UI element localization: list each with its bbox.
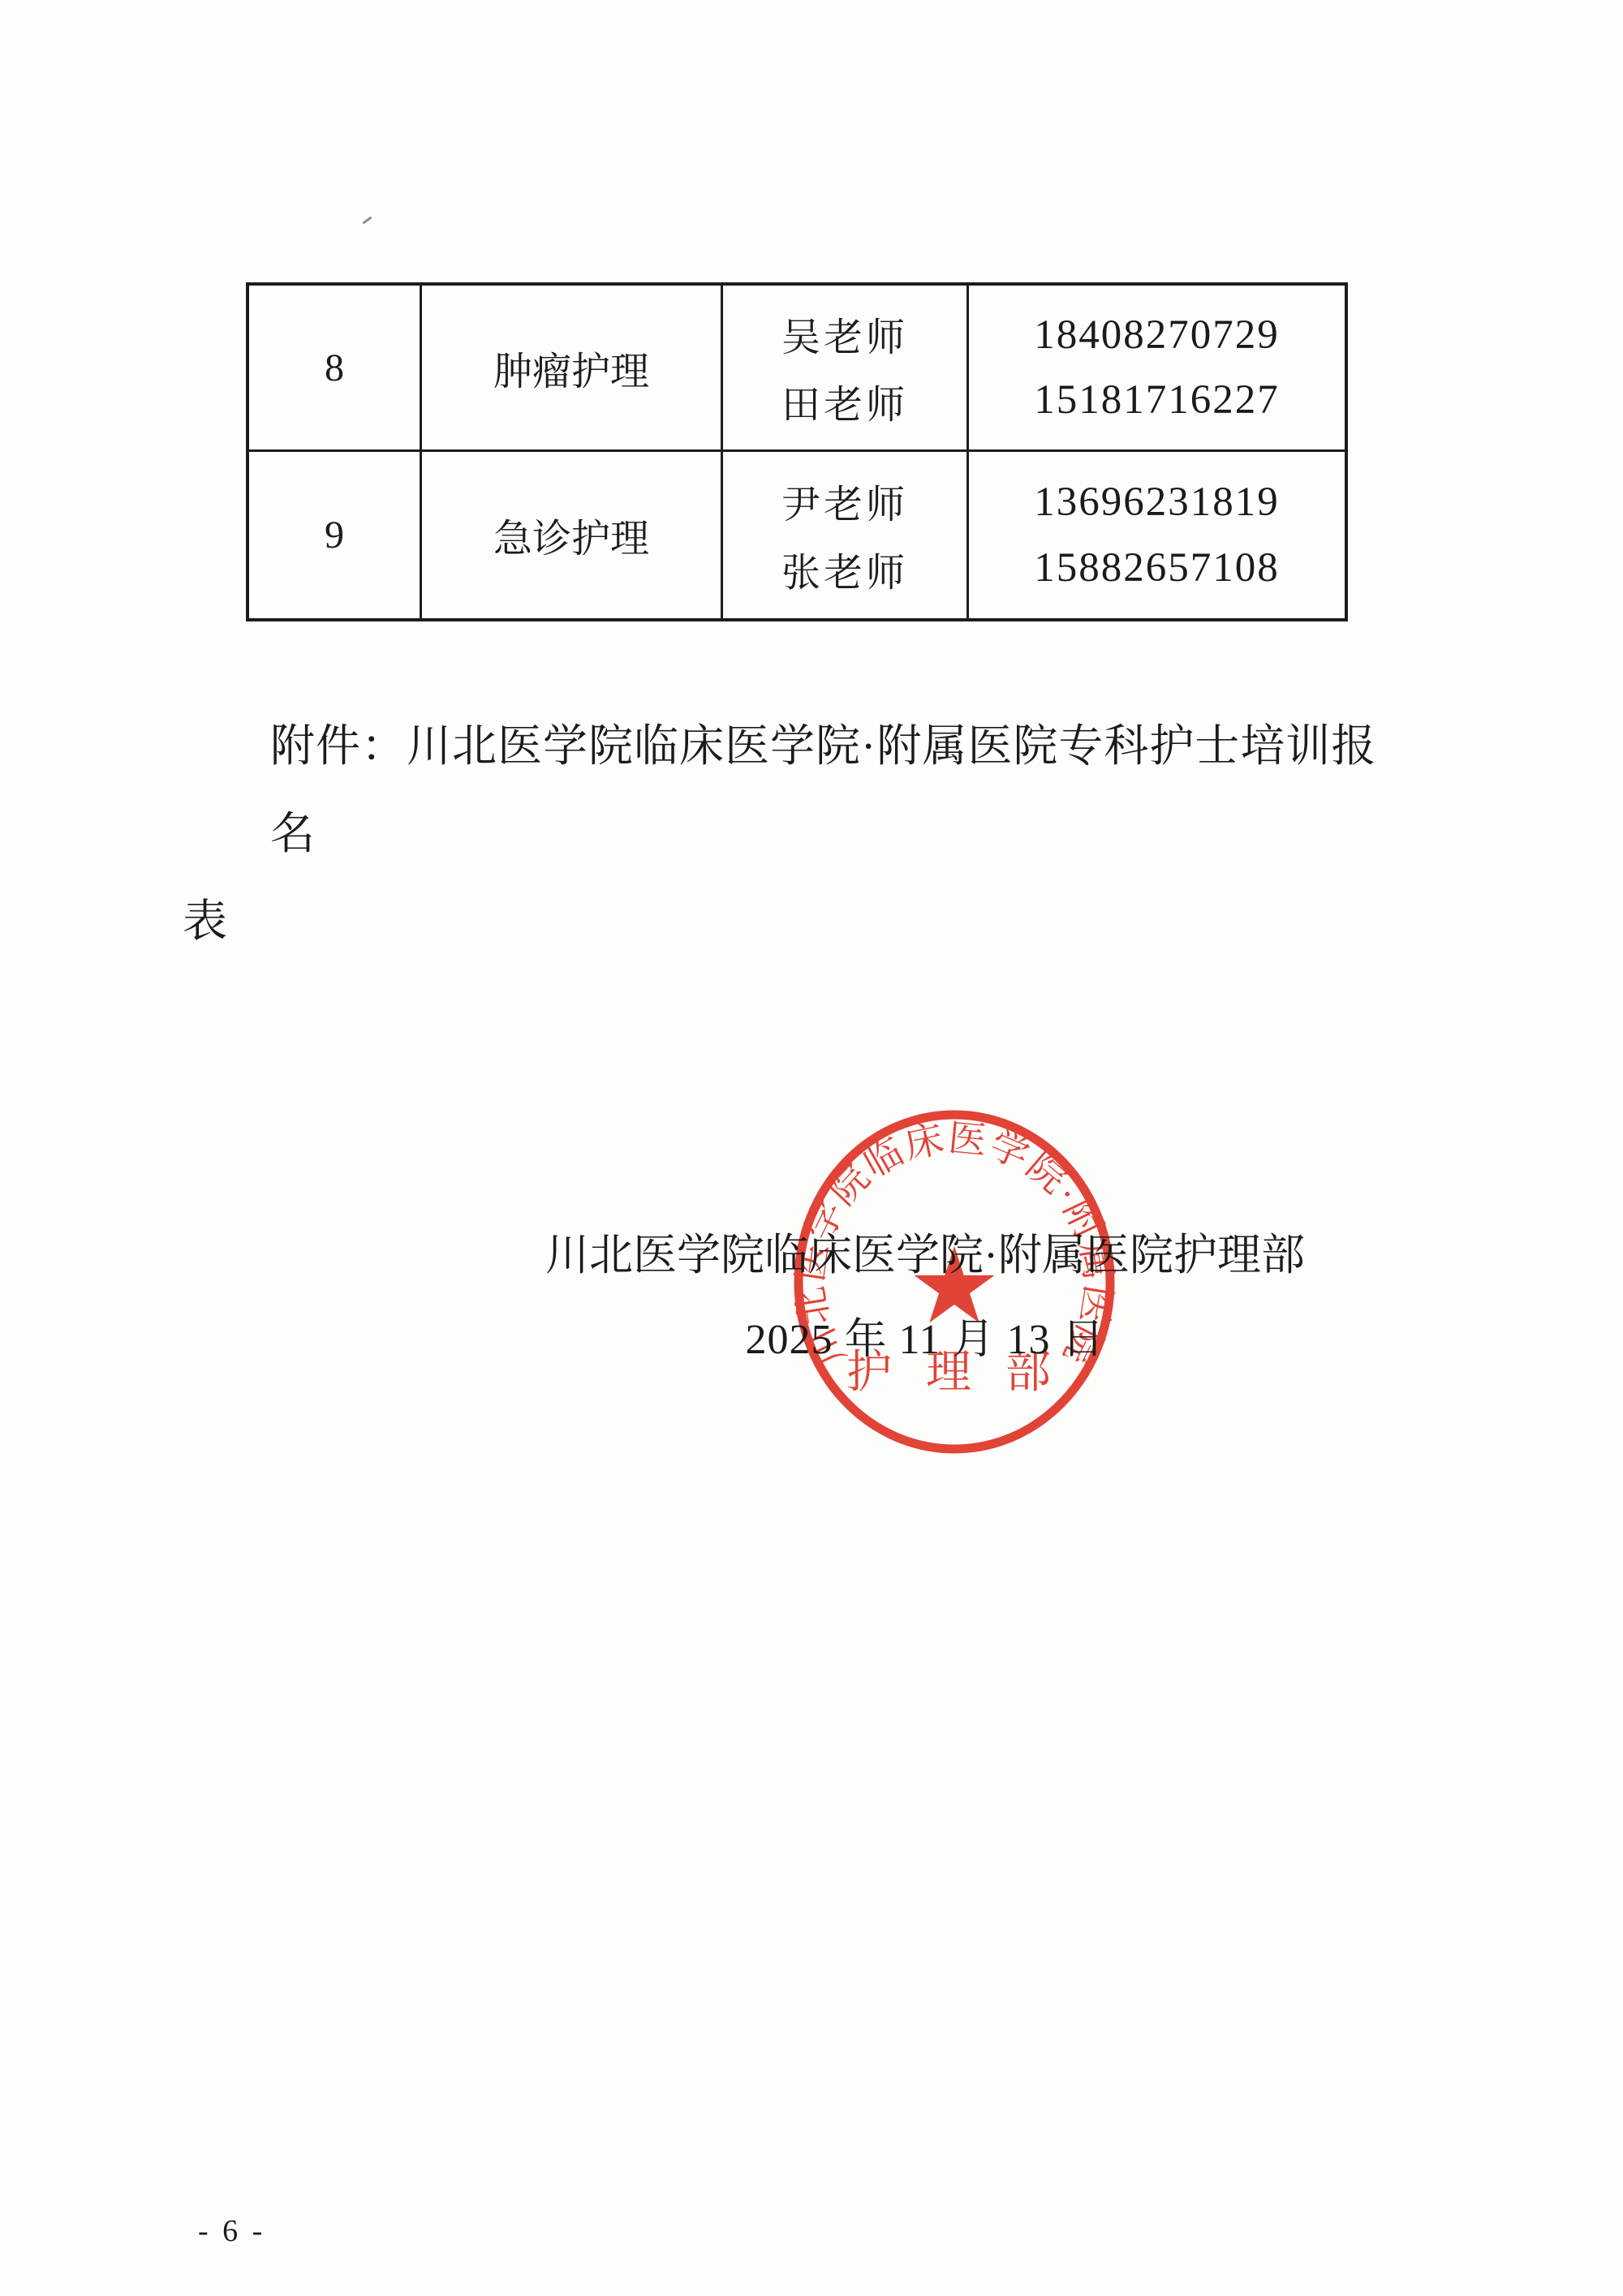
table-cell-row8-phones: 18408270729 15181716227 xyxy=(969,286,1345,452)
table-cell-row9-phones: 13696231819 15882657108 xyxy=(969,452,1345,618)
contact-table: 8 肿瘤护理 吴老师 田老师 18408270729 15181716227 9… xyxy=(246,282,1348,621)
phone-number: 13696231819 xyxy=(1034,479,1280,526)
teacher-name: 田老师 xyxy=(781,373,908,429)
attachment-note: 附件：川北医学院临床医学院·附属医院专科护士培训报名 表 xyxy=(183,703,1400,965)
table-cell-row8-specialty: 肿瘤护理 xyxy=(422,286,723,452)
page-number: - 6 - xyxy=(198,2213,265,2249)
ink-speck xyxy=(362,217,372,225)
teacher-name: 吴老师 xyxy=(781,306,908,362)
table-cell-row9-teachers: 尹老师 张老师 xyxy=(723,452,969,618)
table-cell-row8-number: 8 xyxy=(249,286,422,452)
signature-date: 2025 年 11 月 13 日 xyxy=(495,1305,1355,1365)
teacher-name: 尹老师 xyxy=(781,473,908,529)
phone-number: 15882657108 xyxy=(1034,544,1280,591)
attachment-note-line2: 表 xyxy=(183,878,1400,965)
table-cell-row9-number: 9 xyxy=(249,452,422,618)
signature-org: 川北医学院临床医学院·附属医院护理部 xyxy=(495,1220,1355,1283)
teacher-name: 张老师 xyxy=(781,541,908,597)
attachment-note-line1: 附件：川北医学院临床医学院·附属医院专科护士培训报名 xyxy=(183,703,1400,878)
phone-number: 18408270729 xyxy=(1034,312,1280,359)
table-cell-row9-specialty: 急诊护理 xyxy=(422,452,723,618)
phone-number: 15181716227 xyxy=(1034,376,1280,424)
document-page: 8 肿瘤护理 吴老师 田老师 18408270729 15181716227 9… xyxy=(0,0,1623,2296)
table-cell-row8-teachers: 吴老师 田老师 xyxy=(723,286,969,452)
